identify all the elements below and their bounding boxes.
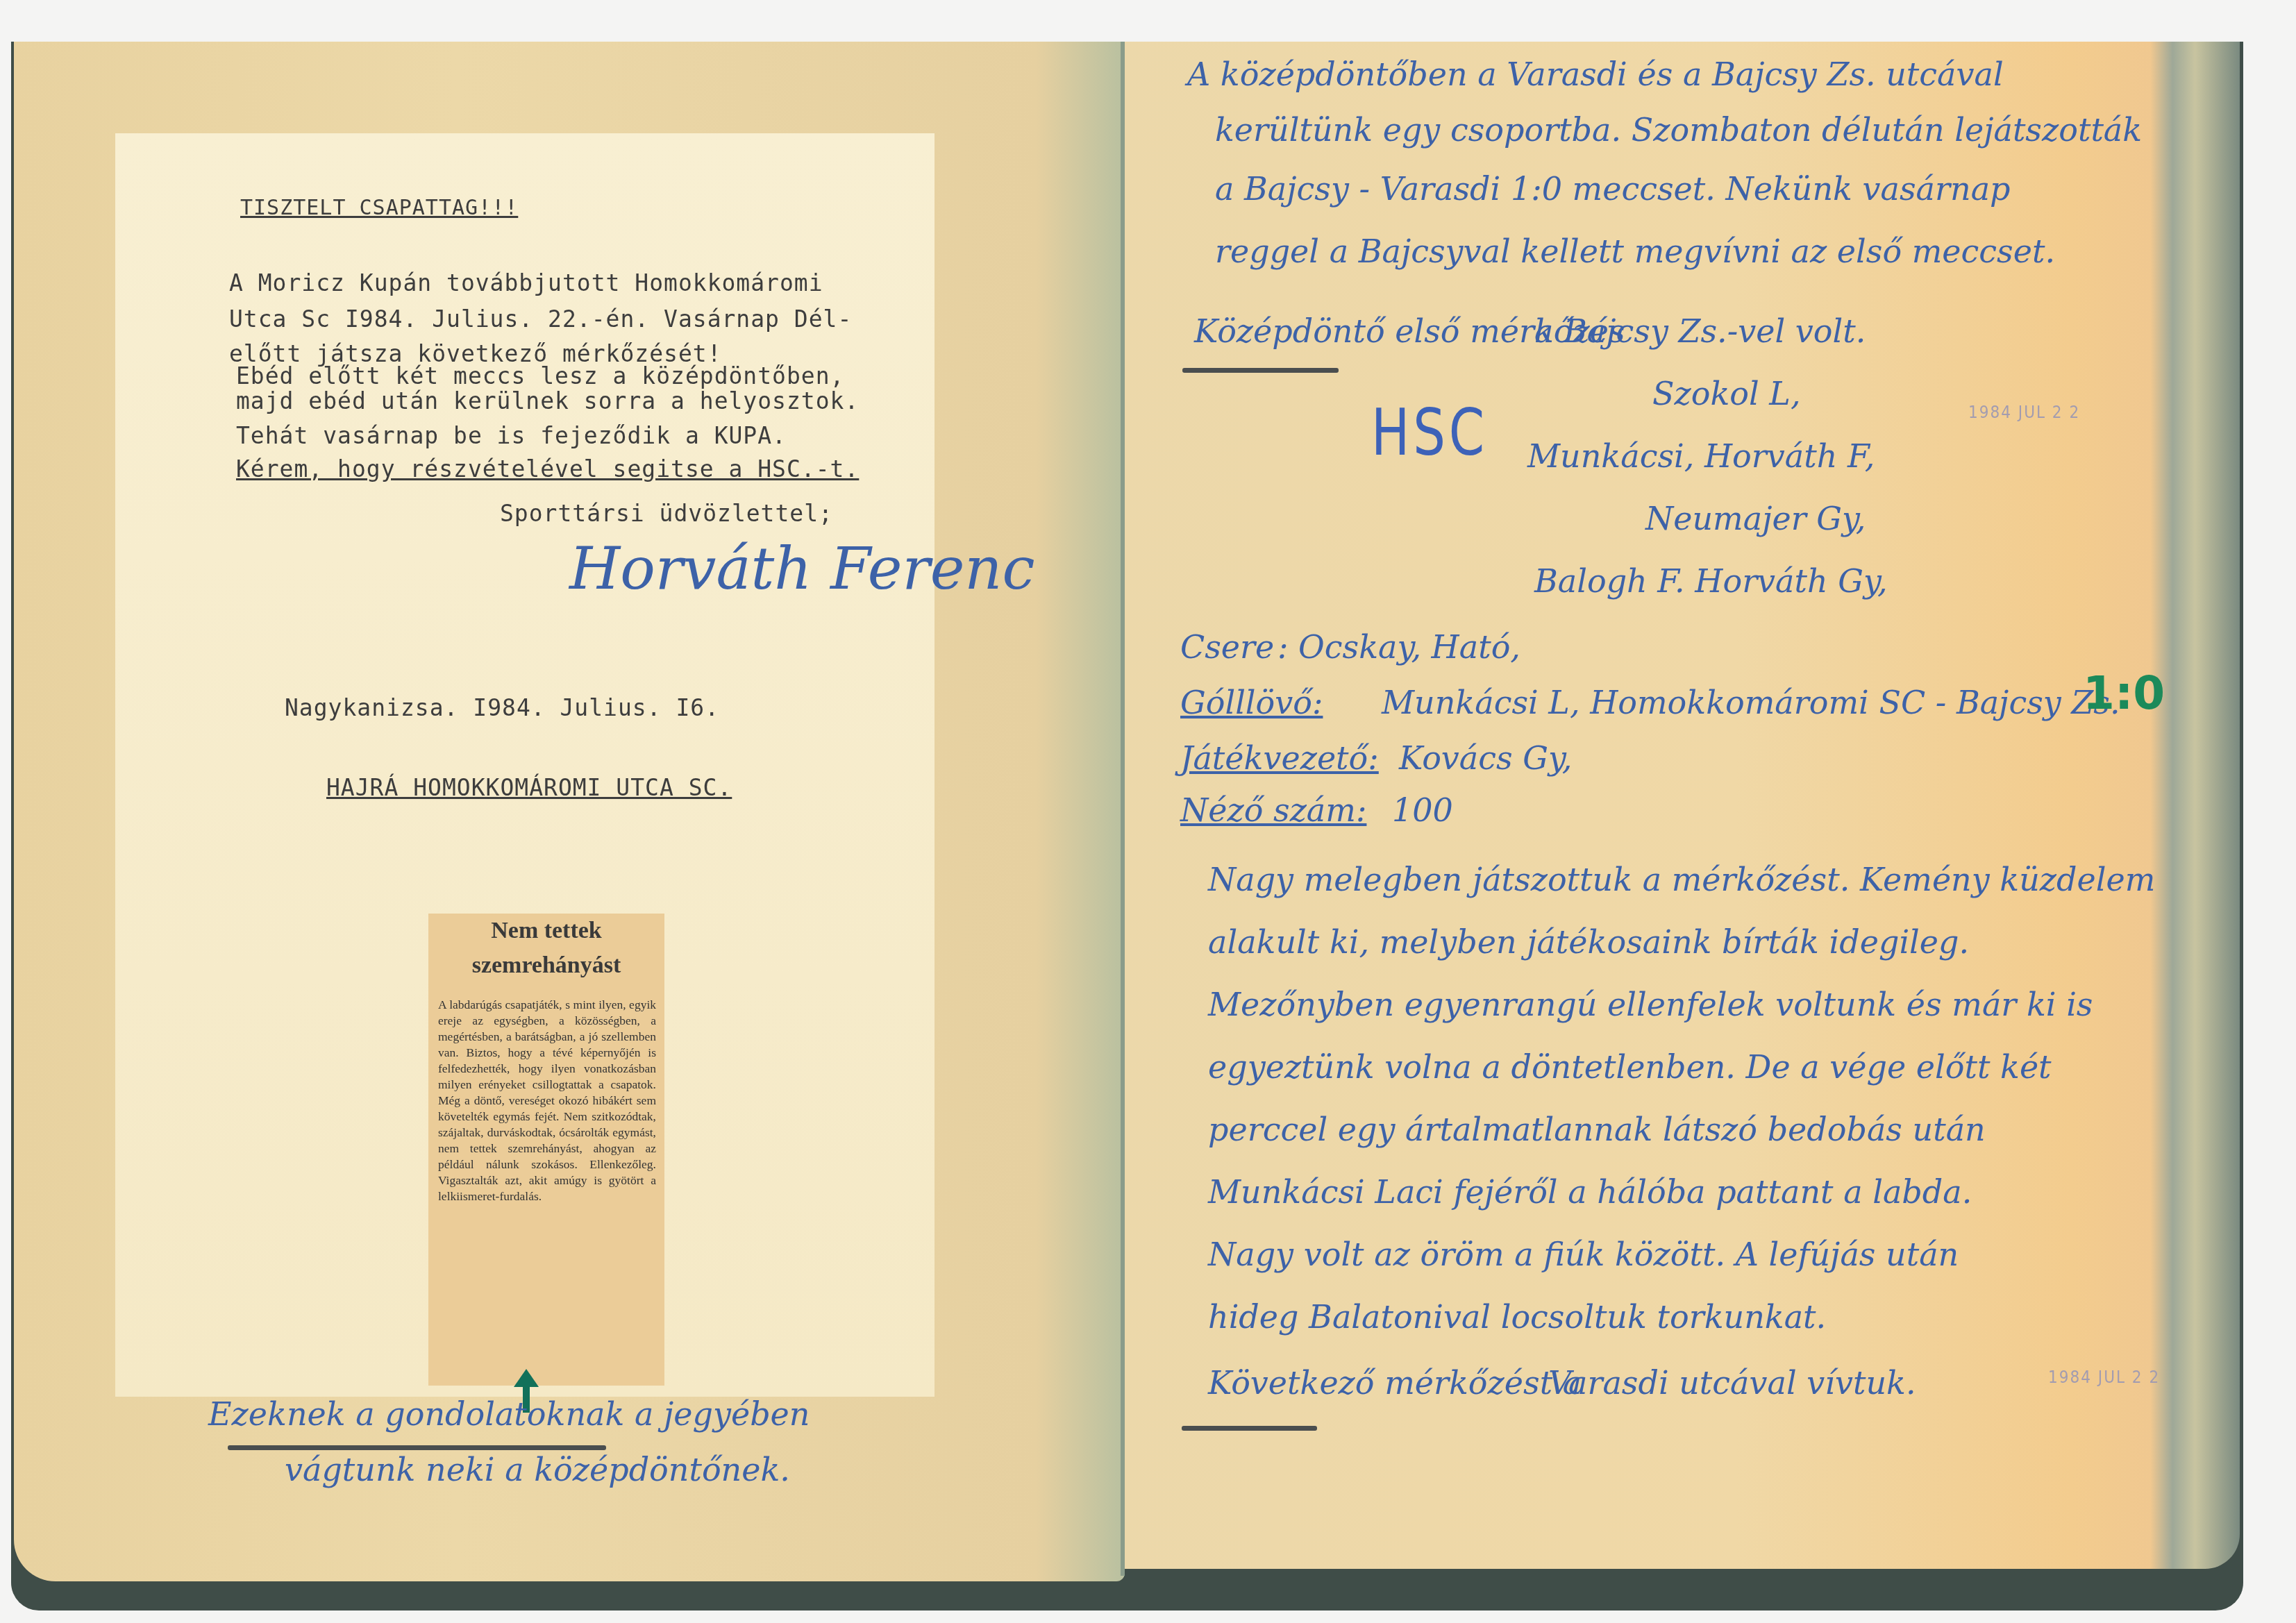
clipping-body: A labdarúgás csapatjáték, s mint ilyen, …	[438, 997, 656, 1204]
letter-closing: Sporttársi üdvözlettel;	[500, 500, 833, 527]
clipping-headline: Nem tettek	[428, 918, 664, 944]
detail-value: Munkácsi L, Homokkomáromi SC - Bajcsy Zs…	[1382, 684, 2120, 721]
letter-title: TISZTELT CSAPATTAG!!!	[240, 196, 518, 220]
final-heading: Következő mérkőzést a	[1208, 1364, 1582, 1402]
letter-line: A Moricz Kupán továbbjutott Homokkomárom…	[229, 269, 823, 296]
intro-line: A középdöntőben a Varasdi és a Bajcsy Zs…	[1187, 56, 2004, 93]
clipping-headline: szemrehányást	[428, 952, 664, 979]
narrative-line: Nagy melegben játszottuk a mérkőzést. Ke…	[1208, 861, 2155, 898]
intro-line: reggel a Bajcsyval kellett megvívni az e…	[1215, 233, 2055, 270]
letter-line: Utca Sc I984. Julius. 22.-én. Vasárnap D…	[229, 305, 852, 333]
date-stamp: 1984 JUL 2 2	[2048, 1368, 2160, 1387]
narrative-line: Munkácsi Laci fejéről a hálóba pattant a…	[1208, 1173, 1972, 1211]
lineup-line: Neumajer Gy,	[1645, 500, 1866, 537]
detail-label: Néző szám:	[1180, 791, 1366, 829]
section-heading-rest: a Bajcsy Zs.-vel volt.	[1534, 312, 1866, 350]
lineup-line: Szokol L,	[1652, 375, 1801, 412]
detail-value: Kovács Gy,	[1399, 739, 1572, 777]
marker-underline	[228, 1445, 606, 1450]
place-date: Nagykanizsa. I984. Julius. I6.	[285, 694, 719, 721]
letter-line: majd ebéd után kerülnek sorra a helyoszt…	[236, 387, 859, 414]
narrative-line: egyeztünk volna a döntetlenben. De a vég…	[1208, 1048, 2052, 1086]
marker-underline	[1182, 1426, 1317, 1431]
date-stamp: 1984 JUL 2 2	[1968, 403, 2080, 422]
detail-label: Csere	[1180, 628, 1274, 666]
lineup-line: Balogh F. Horváth Gy,	[1534, 562, 1888, 600]
score: 1:0	[2083, 666, 2165, 720]
intro-line: kerültünk egy csoportba. Szombaton délut…	[1215, 111, 2142, 149]
letter-line: Kérem, hogy részvételével segitse a HSC.…	[236, 455, 859, 482]
team-abbr: HSC	[1371, 396, 1488, 470]
narrative-line: alakult ki, melyben játékosaink bírták i…	[1208, 923, 1969, 961]
slogan: HAJRÁ HOMOKKOMÁROMI UTCA SC.	[326, 774, 732, 801]
detail-value: : Ocskay, Ható,	[1277, 628, 1520, 666]
intro-line: a Bajcsy - Varasdi 1:0 meccset. Nekünk v…	[1215, 170, 2011, 208]
newspaper-clipping: Nem tettek szemrehányást A labdarúgás cs…	[428, 914, 664, 1386]
detail-value: 100	[1392, 791, 1453, 829]
detail-label: Gólllövő:	[1180, 684, 1323, 721]
final-rest: Varasdi utcával vívtuk.	[1548, 1364, 1916, 1402]
letter-line: Ebéd előtt két meccs lesz a középdöntőbe…	[236, 362, 844, 389]
handwritten-note: vágtunk neki a középdöntőnek.	[285, 1451, 790, 1488]
signature: Horváth Ferenc	[569, 535, 1034, 603]
narrative-line: perccel egy ártalmatlannak látszó bedobá…	[1208, 1111, 1986, 1148]
detail-label: Játékvezető:	[1180, 739, 1379, 777]
handwritten-note: Ezeknek a gondolatoknak a jegyében	[208, 1395, 810, 1433]
lineup-line: Munkácsi, Horváth F,	[1527, 437, 1875, 475]
narrative-line: Mezőnyben egyenrangú ellenfelek voltunk …	[1208, 986, 2093, 1023]
narrative-line: hideg Balatonival locsoltuk torkunkat.	[1208, 1298, 1826, 1336]
book-spine	[1121, 42, 1125, 1576]
letter-line: Tehát vasárnap be is fejeződik a KUPA.	[236, 422, 787, 449]
narrative-line: Nagy volt az öröm a fiúk között. A lefúj…	[1208, 1236, 1959, 1273]
marker-underline	[1182, 368, 1339, 373]
